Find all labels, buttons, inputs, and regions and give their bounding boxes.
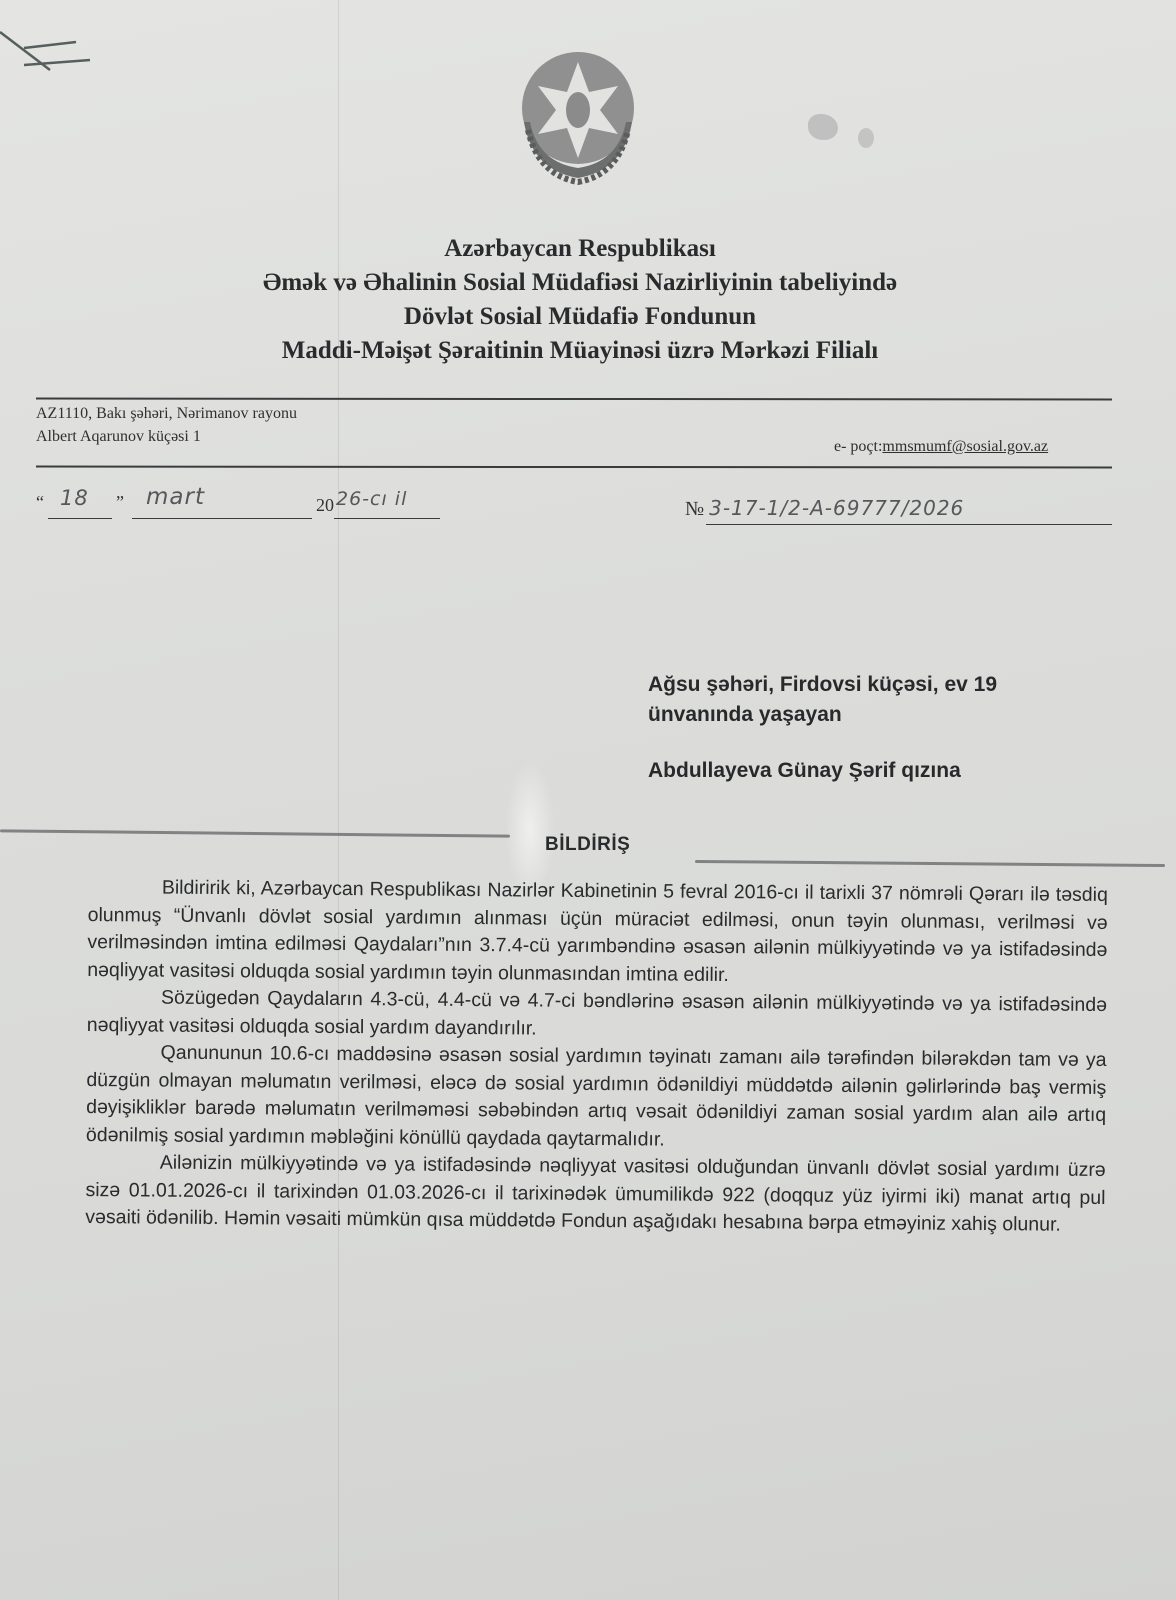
reference-underline [706, 524, 1112, 525]
paragraph: Bildiririk ki, Azərbaycan Respublikası N… [87, 874, 1108, 992]
paragraph: Sözügedən Qaydaların 4.3-cü, 4.4-cü və 4… [87, 984, 1107, 1047]
header-divider-top [36, 398, 1112, 401]
state-emblem-icon [518, 50, 638, 190]
header-divider-bottom [36, 466, 1112, 469]
recipient-address-line2: ünvanında yaşayan [648, 700, 997, 730]
date-day-underline [48, 518, 112, 519]
handwritten-mark-icon [0, 18, 100, 78]
recipient-name: Abdullayeva Günay Şərif qızına [648, 756, 997, 786]
paragraph: Ailənizin mülkiyyətində və ya istifadəsi… [85, 1149, 1106, 1240]
recipient-address-line1: Ağsu şəhəri, Firdovsi küçəsi, ev 19 [648, 670, 997, 700]
ink-smudge [808, 114, 838, 140]
reference-number: № 3-17-1/2-A-69777/2026 [685, 496, 964, 521]
date-close-quote: ” [116, 492, 124, 513]
ink-smudge [858, 128, 874, 148]
date-month-underline [132, 518, 312, 519]
recipient-block: Ağsu şəhəri, Firdovsi küçəsi, ev 19 ünva… [648, 670, 997, 786]
letterhead-fund: Dövlət Sosial Müdafiə Fondunun [200, 300, 960, 334]
date-year-underline [334, 518, 440, 519]
notice-body: Bildiririk ki, Azərbaycan Respublikası N… [85, 874, 1108, 1240]
reference-value: 3-17-1/2-A-69777/2026 [709, 496, 964, 520]
date-day: 18 [60, 486, 89, 510]
date-year-suffix: 26-cı il [336, 488, 407, 510]
reference-label: № [685, 498, 704, 520]
strike-line-left [0, 829, 510, 837]
date-year-prefix: 20 [316, 495, 334, 516]
document-title: BİLDİRİŞ [545, 834, 630, 856]
paragraph: Qanununun 10.6-cı maddəsinə əsasən sosia… [86, 1039, 1107, 1157]
date-open-quote: “ [36, 492, 44, 513]
letterhead: Azərbaycan Respublikası Əmək və Əhalinin… [200, 232, 960, 368]
contact-email: e- poçt:mmsmumf@sosial.gov.az [834, 438, 1048, 456]
email-link[interactable]: mmsmumf@sosial.gov.az [882, 438, 1048, 455]
letterhead-branch: Maddi-Məişət Şəraitinin Müayinəsi üzrə M… [200, 334, 960, 368]
sender-address-line2: Albert Aqarunov küçəsi 1 [36, 428, 201, 446]
letterhead-ministry: Əmək və Əhalinin Sosial Müdafiəsi Nazirl… [200, 266, 960, 300]
email-label: e- poçt: [834, 438, 882, 455]
sender-address-line1: AZ1110, Bakı şəhəri, Nərimanov rayonu [36, 405, 297, 423]
strike-line-right [695, 860, 1165, 867]
letterhead-country: Azərbaycan Respublikası [200, 232, 960, 266]
date-month: mart [146, 484, 205, 510]
letter-page: Azərbaycan Respublikası Əmək və Əhalinin… [0, 0, 1176, 1600]
